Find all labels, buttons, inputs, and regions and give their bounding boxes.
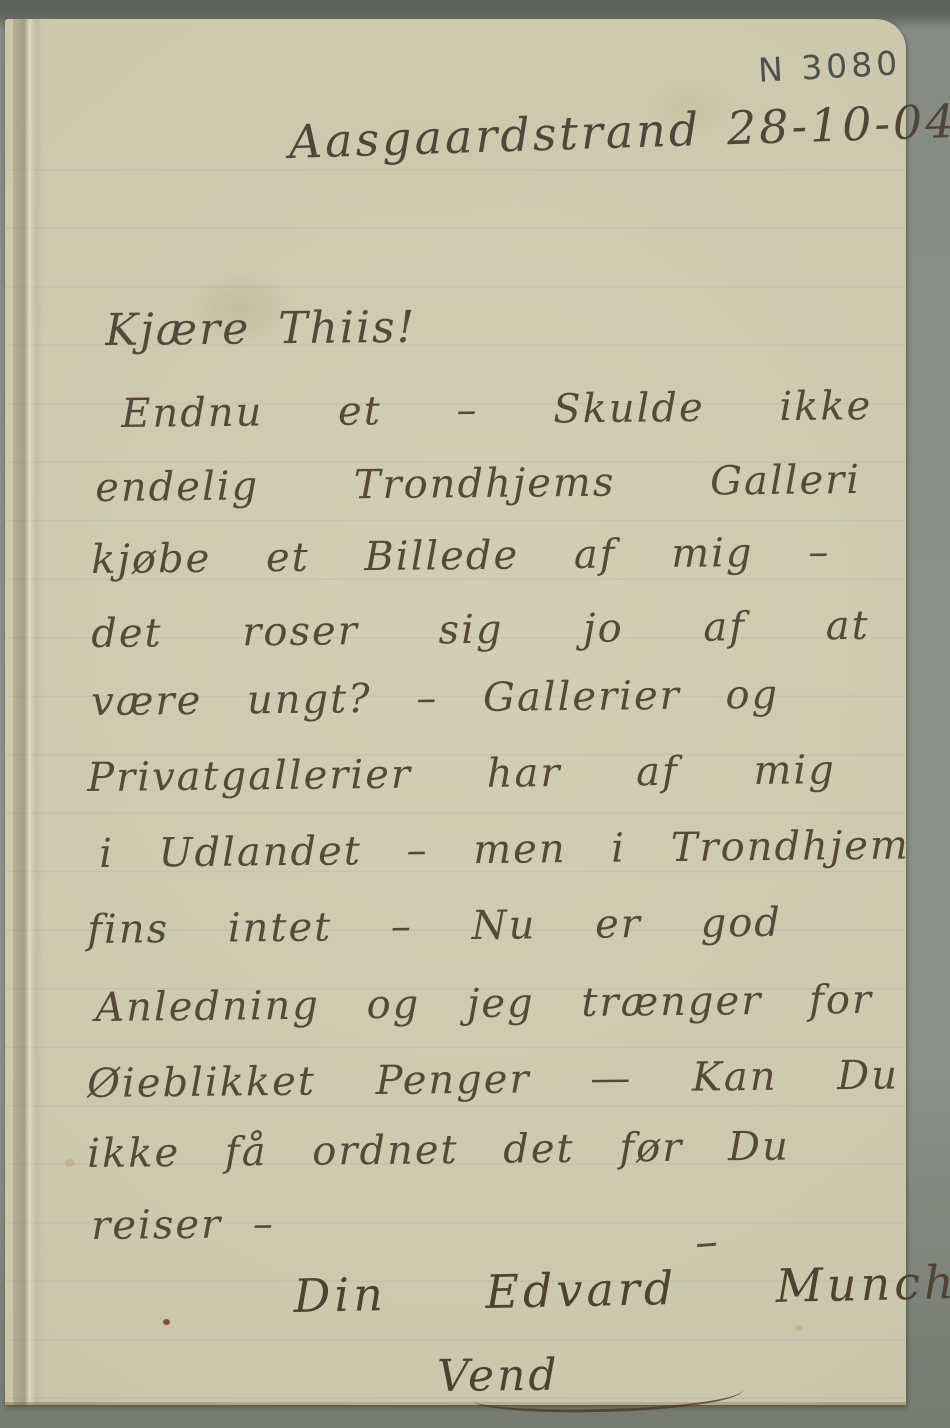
salutation: Kjære Thiis! <box>105 302 417 356</box>
letter-line: i Udlandet – men i Trondhjem <box>99 823 910 877</box>
letter-line: ikke få ordnet det før Du <box>87 1124 790 1177</box>
paper-stain <box>163 1319 170 1325</box>
letter-line: Privatgallerier har af mig <box>87 747 836 801</box>
letter-line: reiser – <box>91 1201 275 1249</box>
paper-stain <box>795 1325 802 1331</box>
letter-line: det roser sig jo af at <box>91 603 870 657</box>
dateline: Aasgaardstrand 28-10-04 <box>288 94 950 169</box>
letter-line: kjøbe et Billede af mig – <box>91 529 830 583</box>
letter-line: Anledning og jeg trænger for <box>95 977 873 1031</box>
letter-line: fins intet – Nu er god <box>87 900 782 953</box>
scanned-letter-screenshot: { "letter": { "catalog_number": "N 3080"… <box>0 0 950 1428</box>
paper-stain <box>65 1159 75 1167</box>
letter-line: endelig Trondhjems Galleri <box>95 457 861 511</box>
signature-line: Din Edvard Munch <box>293 1255 950 1323</box>
letter-line: være ungt? – Gallerier og <box>91 672 779 725</box>
catalog-number: N 3080 <box>757 43 902 89</box>
letter-line: Øieblikket Penger — Kan Du <box>87 1052 899 1106</box>
verso-note: Vend <box>437 1350 560 1402</box>
fold-crease <box>13 19 43 1405</box>
letter-page: N 3080 Aasgaardstrand 28-10-04 Kjære Thi… <box>5 19 906 1405</box>
letter-line: Endnu et – Skulde ikke <box>121 383 873 437</box>
